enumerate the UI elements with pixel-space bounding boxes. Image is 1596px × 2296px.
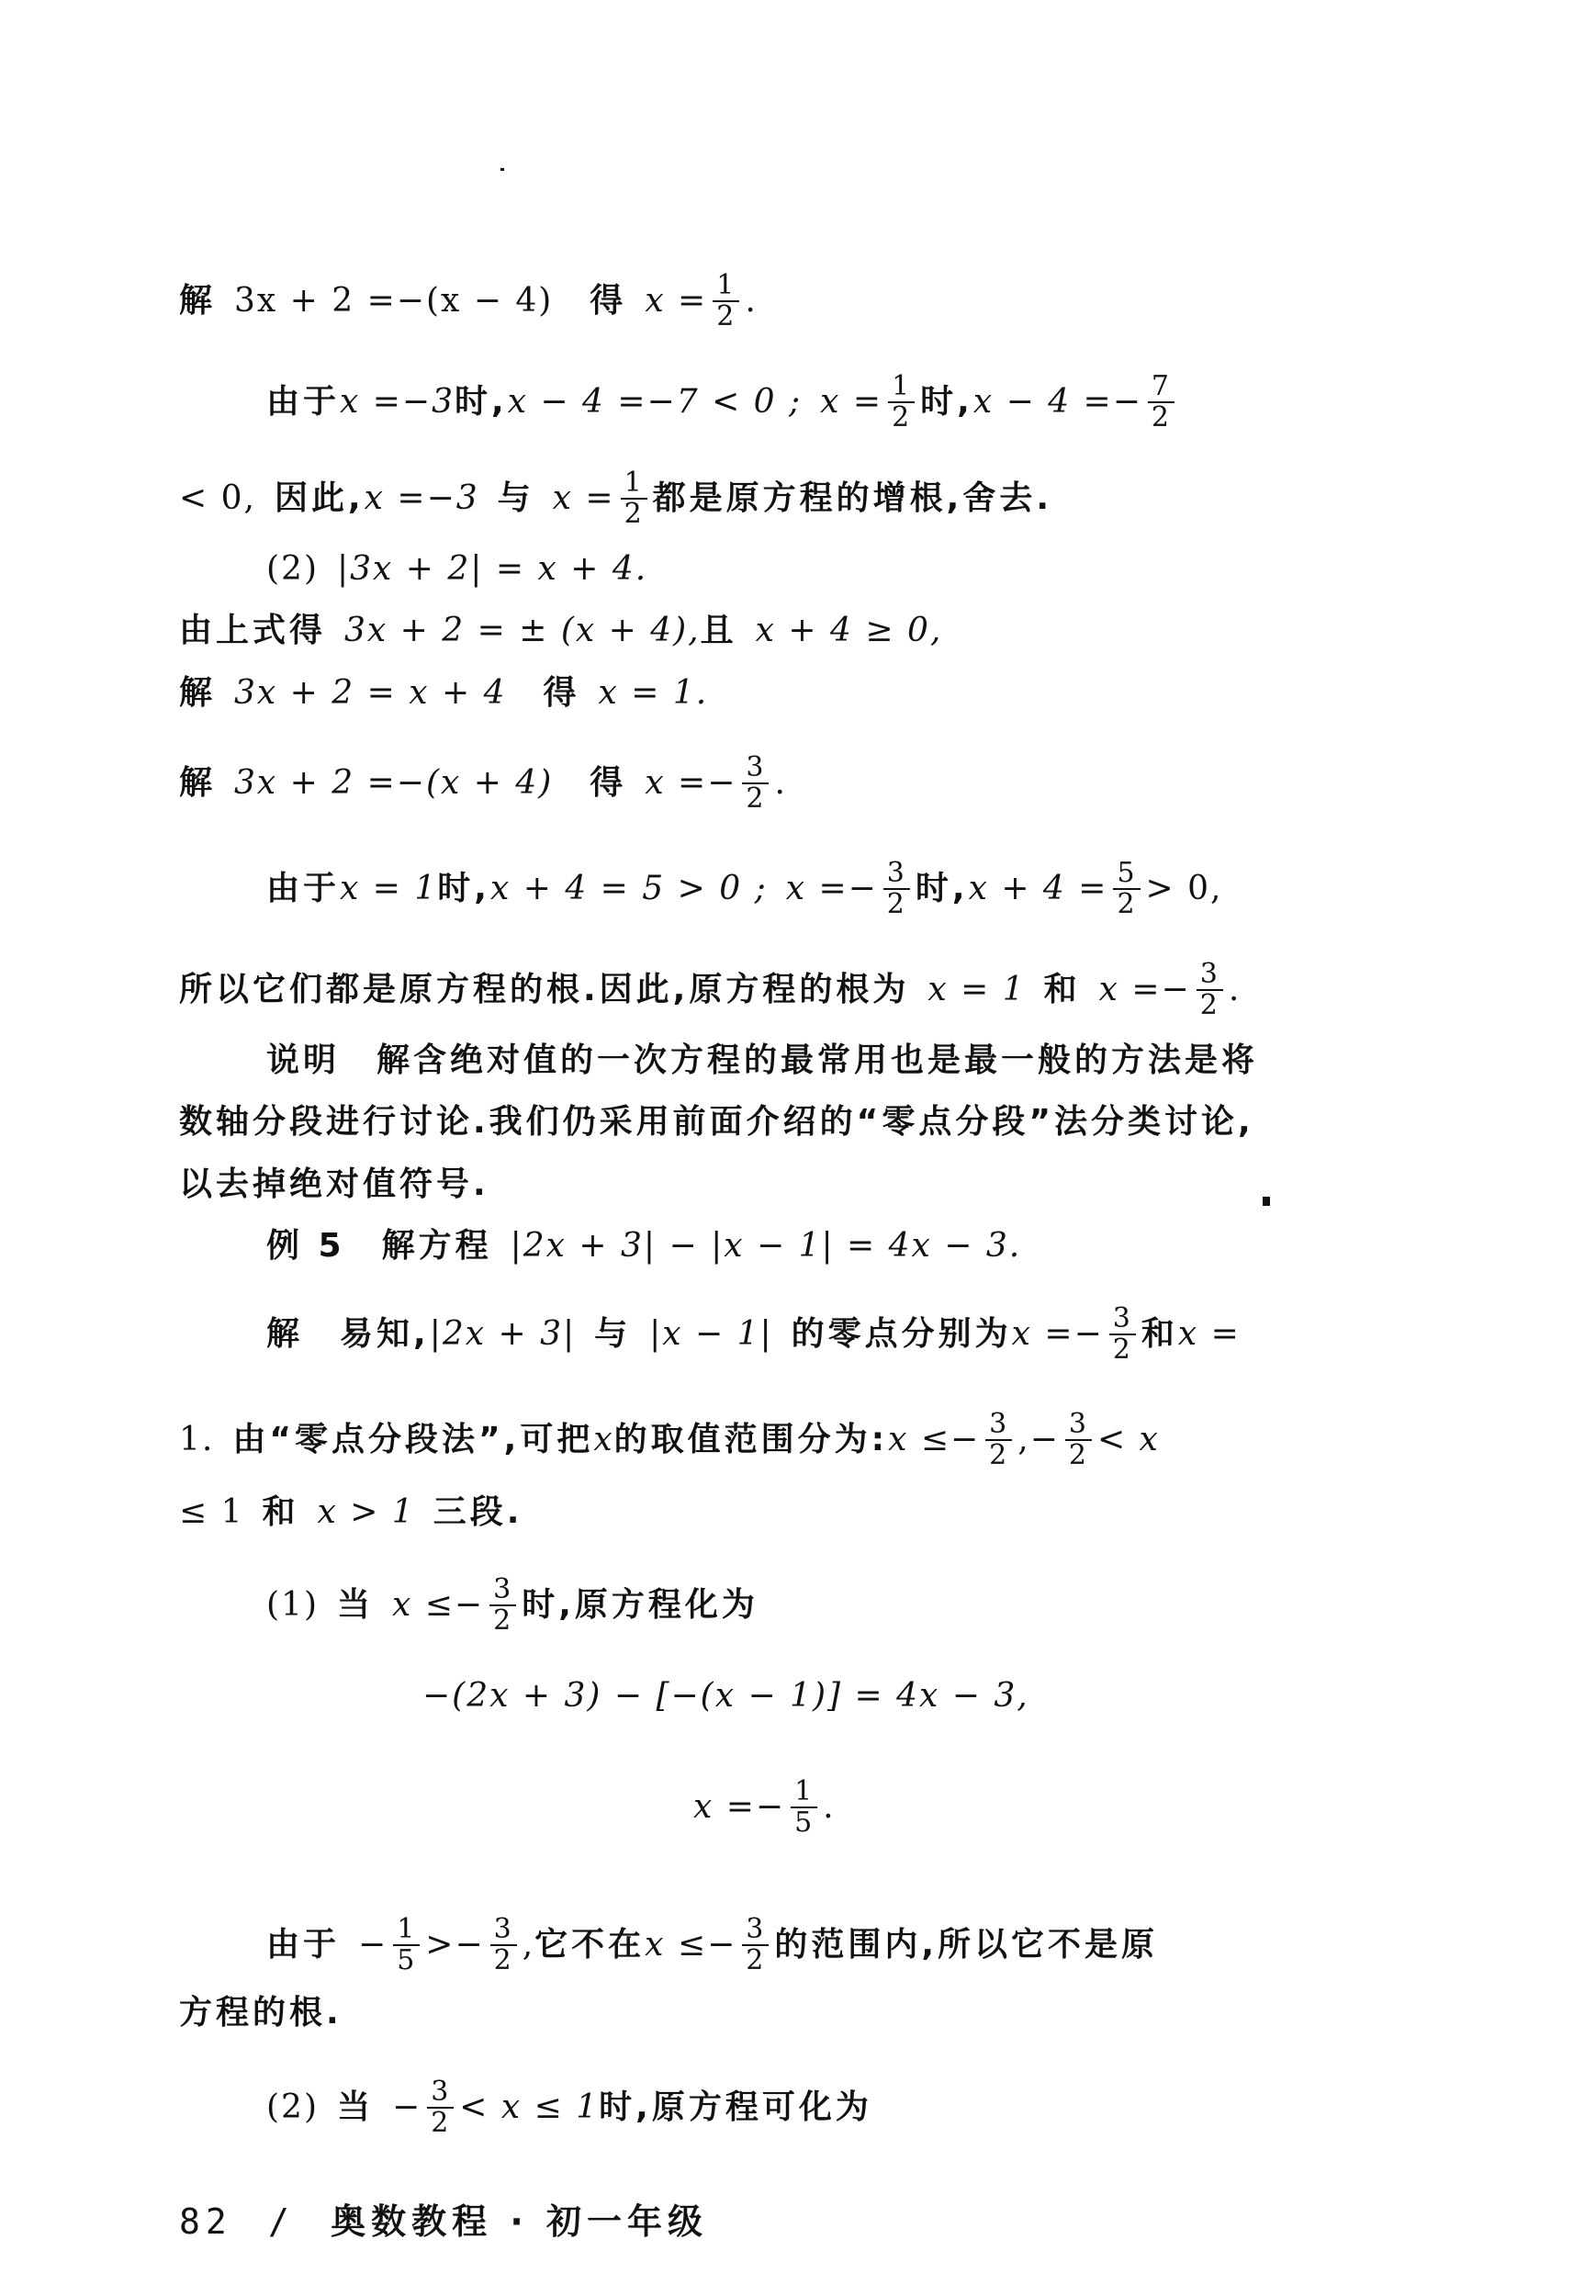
- text: 三段.: [433, 1492, 523, 1533]
- denominator: 2: [1109, 1335, 1136, 1365]
- text: 和: [1141, 1314, 1178, 1355]
- equation: ≤ 1: [179, 1492, 244, 1533]
- text: 解: [179, 673, 216, 714]
- text-line: 解 3x + 2 =−(x − 4) 得 x = 12 .: [179, 271, 758, 332]
- document-page: 解 3x + 2 =−(x − 4) 得 x = 12 . 由于 x =−3 时…: [0, 0, 1596, 2296]
- text: 时,: [916, 869, 969, 909]
- numerator: 3: [742, 753, 769, 782]
- fraction: 32: [742, 1915, 769, 1975]
- numerator: 1: [888, 372, 915, 401]
- fraction: 12: [713, 271, 739, 332]
- equation: x = 1: [927, 970, 1025, 1010]
- text: 由于: [266, 1925, 340, 1965]
- equation: |x − 1|: [649, 1314, 773, 1355]
- equation: 3x + 2 =−(x + 4): [234, 763, 553, 804]
- equation: x =: [820, 382, 882, 422]
- denominator: 2: [1197, 991, 1223, 1020]
- fraction: 32: [1197, 960, 1223, 1020]
- equation: x = 1: [340, 869, 437, 909]
- text-line: 以去掉绝对值符号.: [179, 1165, 489, 1205]
- equation: x + 4 =: [969, 869, 1108, 909]
- equation: |2x + 3|: [430, 1314, 576, 1355]
- equation: 1.: [179, 1420, 214, 1460]
- solution-label: 解: [266, 1314, 303, 1355]
- denominator: 2: [1065, 1441, 1092, 1470]
- numerator: 3: [1109, 1304, 1136, 1334]
- equation: x =−3: [365, 478, 479, 519]
- denominator: 2: [1113, 890, 1140, 919]
- text-line: 由于 x =−3 时, x − 4 =−7 < 0 ; x = 12 时, x …: [266, 372, 1180, 433]
- equation: ,−: [1017, 1420, 1060, 1460]
- denominator: 2: [888, 403, 915, 433]
- equation: x ≤−: [645, 1925, 736, 1965]
- text: 以去掉绝对值符号.: [179, 1165, 489, 1205]
- numerator: 3: [883, 859, 910, 888]
- book-title: 奥数教程 · 初一年级: [331, 2201, 708, 2242]
- text-line: < 0, 因此, x =−3 与 x = 12 都是原方程的增根,舍去.: [179, 468, 1052, 529]
- equation: −(2x + 3) − [−(x − 1)] = 4x − 3,: [422, 1676, 1029, 1716]
- fraction: 72: [1148, 372, 1175, 433]
- page-number: 82: [179, 2201, 232, 2242]
- text: 时,: [455, 382, 508, 422]
- denominator: 2: [427, 2109, 454, 2138]
- equation: x − 4 =−7 < 0 ;: [508, 382, 802, 422]
- fraction: 15: [393, 1915, 420, 1975]
- case-heading: (1) 当 x ≤− 32 时,原方程化为: [266, 1575, 759, 1636]
- denominator: 2: [985, 1441, 1012, 1470]
- denominator: 2: [742, 784, 769, 814]
- text-line: 方程的根.: [179, 1993, 343, 2033]
- text: 时,: [437, 869, 490, 909]
- text: 由“零点分段法”,可把: [232, 1420, 593, 1460]
- denominator: 5: [791, 1808, 817, 1838]
- fraction: 32: [427, 2077, 454, 2138]
- fraction: 52: [1113, 859, 1140, 919]
- equation: x =−: [645, 763, 736, 804]
- text: 的零点分别为: [792, 1314, 1012, 1355]
- numerator: 1: [621, 468, 647, 498]
- text: 得: [590, 281, 626, 321]
- denominator: 2: [883, 890, 910, 919]
- text: 和: [1044, 970, 1081, 1010]
- text-line: 数轴分段进行讨论.我们仍采用前面介绍的“零点分段”法分类讨论,: [179, 1102, 1254, 1142]
- scan-speck: [1263, 1197, 1270, 1206]
- equation: < x: [1097, 1420, 1160, 1460]
- denominator: 2: [742, 1946, 769, 1975]
- numerator: 1: [791, 1777, 817, 1806]
- equation: x ≤−: [888, 1420, 980, 1460]
- fraction: 15: [791, 1777, 817, 1838]
- text: 解含绝对值的一次方程的最常用也是最一般的方法是将: [377, 1041, 1258, 1081]
- text: 解: [179, 281, 216, 321]
- punctuation: ,: [523, 1925, 534, 1965]
- equation: −: [358, 1925, 388, 1965]
- text-line: 由于 x = 1 时, x + 4 = 5 > 0 ; x =− 32 时, x…: [266, 859, 1223, 919]
- text: 解: [179, 763, 216, 804]
- display-equation: x =− 15 .: [693, 1777, 836, 1838]
- fraction: 12: [888, 372, 915, 433]
- fraction: 32: [883, 859, 910, 919]
- text: 和: [263, 1492, 299, 1533]
- text: 因此,: [275, 478, 365, 519]
- equation: 3x + 2 = x + 4: [234, 673, 506, 714]
- text: 由于: [266, 382, 340, 422]
- text: 的取值范围分为:: [614, 1420, 888, 1460]
- text: 当: [337, 2088, 374, 2128]
- denominator: 2: [621, 500, 647, 529]
- text: 的范围内,所以它不是原: [774, 1925, 1158, 1965]
- punctuation: .: [1229, 970, 1241, 1010]
- text: 当: [337, 1585, 374, 1626]
- item-number: (1): [266, 1585, 319, 1626]
- text-line: 由上式得 3x + 2 = ± (x + 4), 且 x + 4 ≥ 0,: [179, 611, 942, 651]
- equation: x ≤−: [392, 1585, 484, 1626]
- equation: >−: [425, 1925, 484, 1965]
- equation: x + 4 ≥ 0,: [756, 611, 943, 651]
- numerator: 1: [713, 271, 739, 300]
- fraction: 32: [1065, 1410, 1092, 1470]
- text: 所以它们都是原方程的根.因此,原方程的根为: [179, 970, 909, 1010]
- punctuation: .: [745, 281, 757, 321]
- equation: x =−: [1012, 1314, 1104, 1355]
- equation: < x ≤ 1: [459, 2088, 599, 2128]
- equation: x =: [1178, 1314, 1241, 1355]
- equation: 3x + 2 =−(x − 4): [234, 281, 553, 321]
- text: 由上式得: [179, 611, 326, 651]
- scan-speck: [500, 168, 504, 171]
- equation: x =−: [786, 869, 878, 909]
- equation: x =: [553, 478, 615, 519]
- equation: x + 4 = 5 > 0 ;: [490, 869, 768, 909]
- fraction: 12: [621, 468, 647, 529]
- text: 数轴分段进行讨论.我们仍采用前面介绍的“零点分段”法分类讨论,: [179, 1102, 1254, 1142]
- text-line: ≤ 1 和 x > 1 三段.: [179, 1492, 523, 1533]
- fraction: 32: [742, 753, 769, 814]
- text: 它不在: [534, 1925, 645, 1965]
- text: 与: [498, 478, 534, 519]
- equation: |3x + 2| = x + 4.: [337, 549, 647, 590]
- text: 解方程: [382, 1226, 492, 1266]
- denominator: 2: [490, 1946, 517, 1975]
- fraction: 32: [489, 1575, 516, 1636]
- equation: x > 1: [318, 1492, 415, 1533]
- fraction: 32: [1109, 1304, 1136, 1365]
- item-number: (2): [266, 549, 319, 590]
- equation: x =−3: [340, 382, 455, 422]
- text-line: 1. 由“零点分段法”,可把 x 的取值范围分为: x ≤− 32 ,− 32 …: [179, 1410, 1160, 1470]
- text-line: (2) |3x + 2| = x + 4.: [266, 549, 647, 590]
- example-heading: 例 5 解方程 |2x + 3| − |x − 1| = 4x − 3.: [266, 1226, 1021, 1266]
- case-heading: (2) 当 − 32 < x ≤ 1 时,原方程可化为: [266, 2077, 872, 2138]
- text: 时,原方程化为: [522, 1585, 759, 1626]
- punctuation: .: [774, 763, 786, 804]
- equation: x = 1.: [599, 673, 709, 714]
- equation: > 0,: [1146, 869, 1223, 909]
- equation: 3x + 2 = ± (x + 4),: [344, 611, 701, 651]
- numerator: 3: [1197, 960, 1223, 989]
- equation: −: [392, 2088, 421, 2128]
- text-line: 解 3x + 2 =−(x + 4) 得 x =− 32 .: [179, 753, 787, 814]
- fraction: 32: [490, 1915, 517, 1975]
- display-equation: −(2x + 3) − [−(x − 1)] = 4x − 3,: [422, 1676, 1029, 1716]
- text: 且: [701, 611, 737, 651]
- numerator: 7: [1148, 372, 1175, 401]
- numerator: 1: [393, 1915, 420, 1944]
- note-paragraph: 说明 解含绝对值的一次方程的最常用也是最一般的方法是将: [266, 1041, 1258, 1081]
- denominator: 5: [393, 1946, 420, 1975]
- text: 与: [594, 1314, 631, 1355]
- page-footer: 82 / 奥数教程 · 初一年级: [179, 2193, 708, 2244]
- numerator: 3: [985, 1410, 1012, 1439]
- numerator: 3: [490, 1915, 517, 1944]
- equation: < 0,: [179, 478, 256, 519]
- equation: x =: [645, 281, 707, 321]
- denominator: 2: [489, 1606, 516, 1636]
- text: 方程的根.: [179, 1993, 343, 2033]
- numerator: 3: [1065, 1410, 1092, 1439]
- equation: x − 4 =−: [973, 382, 1142, 422]
- note-label: 说明: [266, 1041, 340, 1081]
- numerator: 3: [427, 2077, 454, 2107]
- text-line: 解 易知, |2x + 3| 与 |x − 1| 的零点分别为 x =− 32 …: [266, 1304, 1241, 1365]
- text: 得: [544, 673, 580, 714]
- text: 时,: [920, 382, 973, 422]
- numerator: 3: [489, 1575, 516, 1604]
- text: 都是原方程的增根,舍去.: [653, 478, 1052, 519]
- footer-separator: /: [268, 2201, 295, 2242]
- text: 得: [590, 763, 626, 804]
- text: 易知,: [340, 1314, 430, 1355]
- example-label: 例 5: [266, 1226, 345, 1266]
- item-number: (2): [266, 2088, 319, 2128]
- text-line: 所以它们都是原方程的根.因此,原方程的根为 x = 1 和 x =− 32 .: [179, 960, 1241, 1020]
- text-line: 解 3x + 2 = x + 4 得 x = 1.: [179, 673, 708, 714]
- equation: x =−: [693, 1787, 785, 1828]
- punctuation: .: [823, 1787, 835, 1828]
- variable: x: [593, 1420, 613, 1460]
- equation: x =−: [1099, 970, 1191, 1010]
- fraction: 32: [985, 1410, 1012, 1470]
- text: 由于: [266, 869, 340, 909]
- text-line: 由于 − 15 >− 32 , 它不在 x ≤− 32 的范围内,所以它不是原: [266, 1915, 1158, 1975]
- denominator: 2: [713, 302, 739, 332]
- text: 时,原方程可化为: [599, 2088, 872, 2128]
- numerator: 3: [742, 1915, 769, 1944]
- denominator: 2: [1148, 403, 1175, 433]
- numerator: 5: [1113, 859, 1140, 888]
- equation: |2x + 3| − |x − 1| = 4x − 3.: [511, 1226, 1022, 1266]
